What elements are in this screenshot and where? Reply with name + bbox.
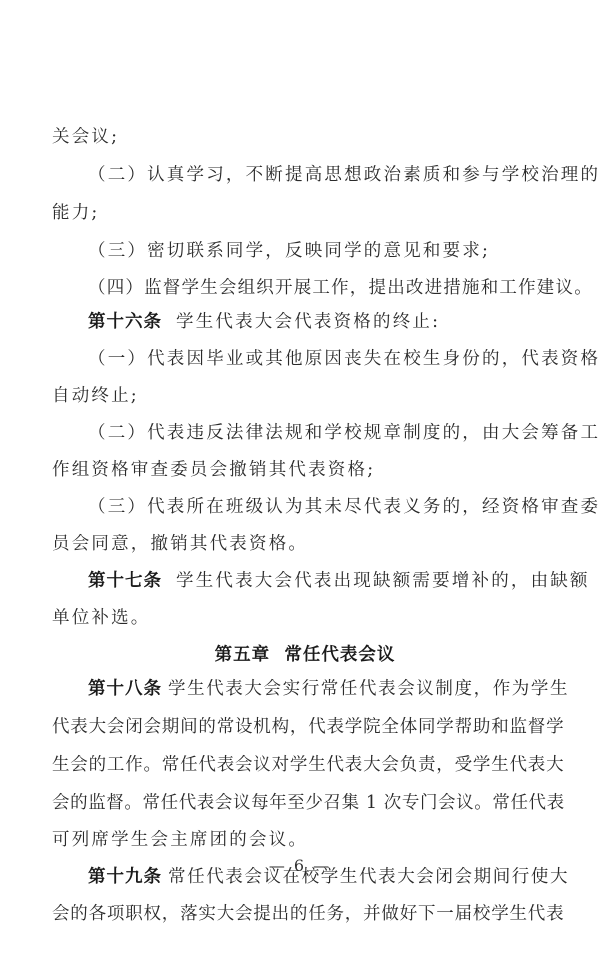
- article-16: 第十六条学生代表大会代表资格的终止:: [88, 305, 440, 339]
- article-number: 第十六条: [88, 312, 162, 332]
- article-17: 第十七条学生代表大会代表出现缺额需要增补的，由缺额: [88, 564, 590, 598]
- article-text: 学生代表大会代表资格的终止:: [176, 312, 440, 332]
- list-item-3: （三）密切联系同学，反映同学的意见和要求;: [88, 234, 490, 268]
- list-item-2: （二）代表违反法律法规和学校规章制度的，由大会筹备工: [88, 416, 600, 450]
- text-line: 作组资格审查委员会撤销其代表资格;: [52, 453, 375, 487]
- text-line: 可列席学生会主席团的会议。: [52, 823, 308, 857]
- list-item-1: （一）代表因毕业或其他原因丧失在校生身份的，代表资格: [88, 342, 600, 376]
- list-item-3: （三）代表所在班级认为其未尽代表义务的，经资格审查委: [88, 490, 600, 524]
- text-line: 单位补选。: [52, 601, 151, 635]
- text-line: 会的各项职权，落实大会提出的任务，并做好下一届校学生代表: [52, 897, 564, 931]
- text-line: 生会的工作。常任代表会议对学生代表大会负责，受学生代表大: [52, 748, 564, 782]
- article-text: 学生代表大会实行常任代表会议制度，作为学生: [168, 679, 569, 699]
- article-18: 第十八条学生代表大会实行常任代表会议制度，作为学生: [88, 672, 569, 706]
- text-line: 会的监督。常任代表会议每年至少召集 1 次专门会议。常任代表: [52, 786, 565, 820]
- text-line: 代表大会闭会期间的常设机构，代表学院全体同学帮助和监督学: [52, 710, 564, 744]
- text-line: 能力;: [52, 196, 100, 230]
- page-number: — 6 —: [0, 856, 600, 875]
- article-number: 第十八条: [88, 679, 162, 699]
- text-line: 自动终止;: [52, 379, 139, 413]
- text-line: 关会议;: [52, 120, 119, 154]
- article-text: 学生代表大会代表出现缺额需要增补的，由缺额: [176, 571, 590, 591]
- list-item-2: （二）认真学习，不断提高思想政治素质和参与学校治理的: [88, 158, 600, 192]
- list-item-4: （四）监督学生会组织开展工作，提出改进措施和工作建议。: [88, 271, 593, 305]
- chapter-heading: 第五章 常任代表会议: [52, 638, 558, 672]
- text-line: 员会同意，撤销其代表资格。: [52, 527, 308, 561]
- article-number: 第十七条: [88, 571, 162, 591]
